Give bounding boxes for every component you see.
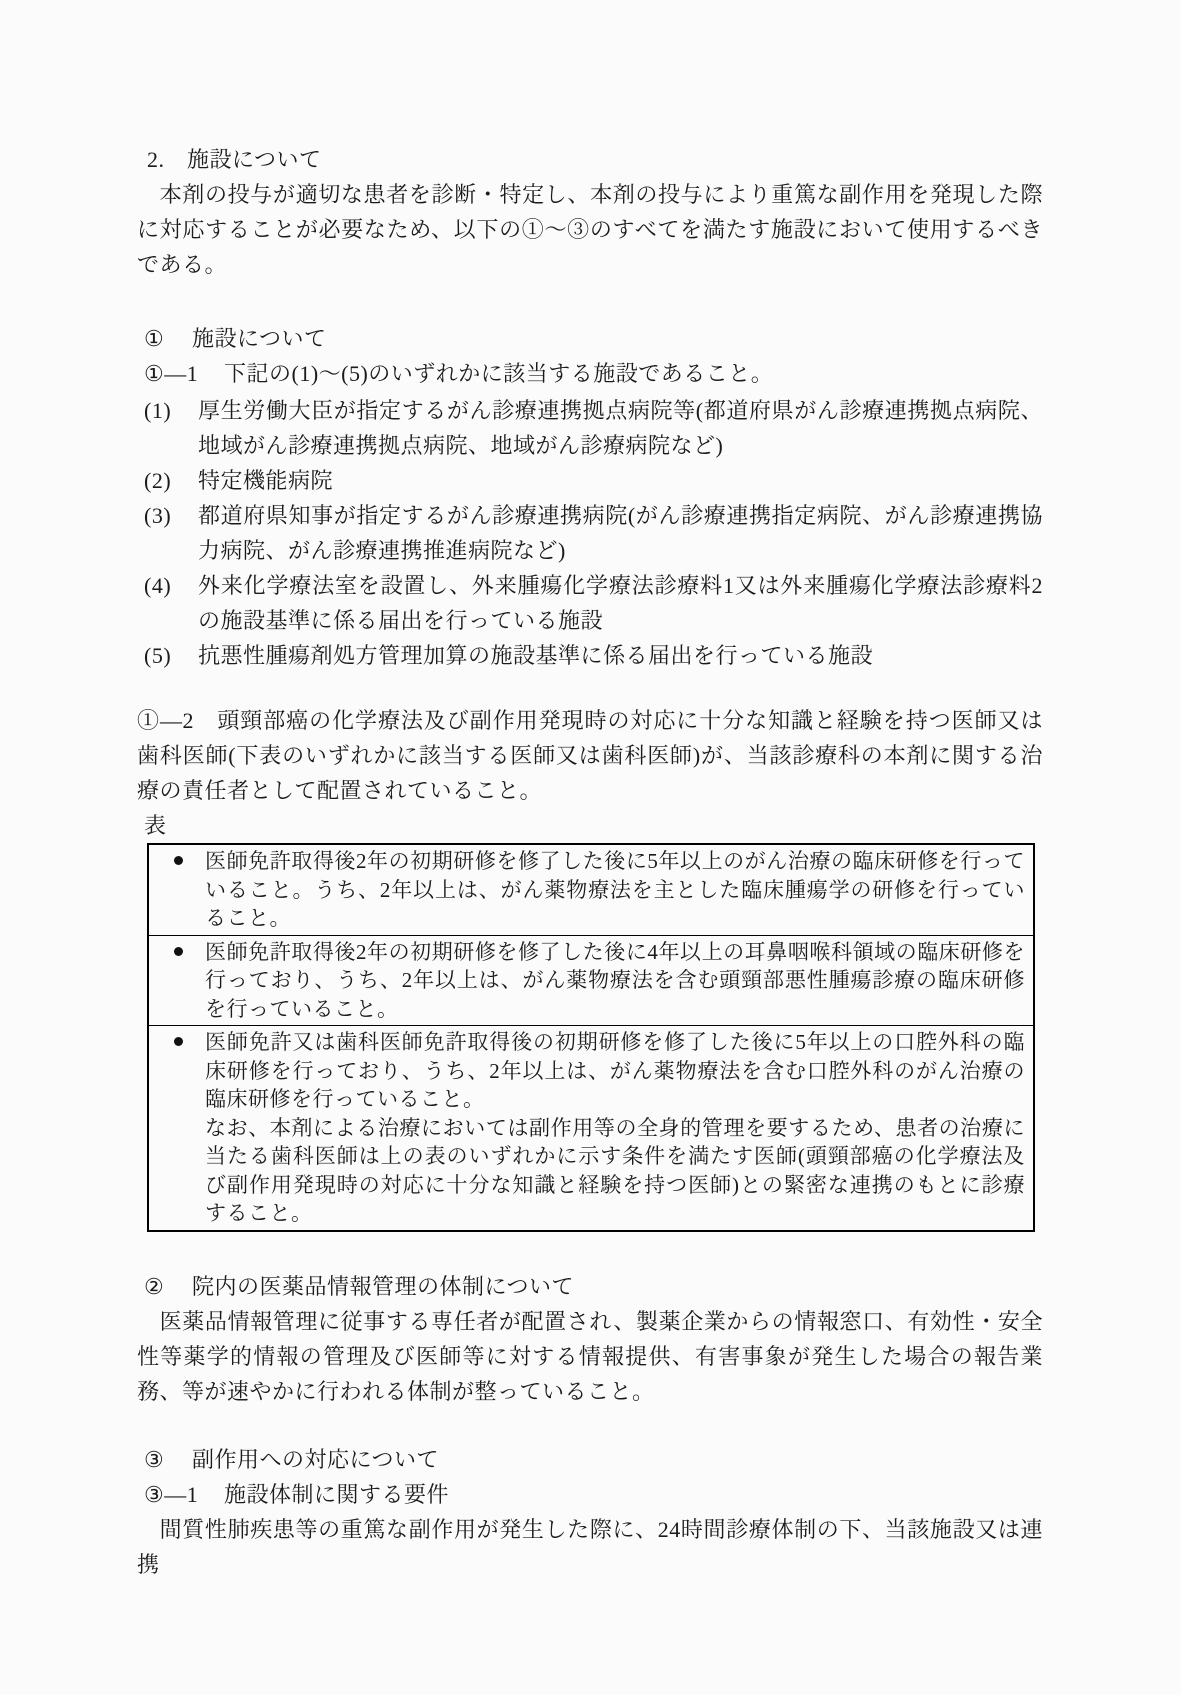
- table-cell: 医師免許取得後2年の初期研修を修了した後に4年以上の耳鼻咽喉科領域の臨床研修を行…: [205, 938, 1025, 1024]
- list-item: (1) 厚生労働大臣が指定するがん診療連携拠点病院等(都道府県がん診療連携拠点病…: [137, 393, 1043, 463]
- subheading-3-1: ③―1 施設体制に関する要件: [137, 1477, 1043, 1512]
- subheading-1-1: ①―1 下記の(1)～(5)のいずれかに該当する施設であること。: [137, 356, 1043, 391]
- subheading-3-1-text: 施設体制に関する要件: [224, 1477, 1043, 1512]
- facility-list: (1) 厚生労働大臣が指定するがん診療連携拠点病院等(都道府県がん診療連携拠点病…: [137, 393, 1043, 673]
- table-row: 医師免許取得後2年の初期研修を修了した後に4年以上の耳鼻咽喉科領域の臨床研修を行…: [149, 936, 1033, 1027]
- section-heading: 2. 施設について: [137, 142, 1043, 177]
- list-item-number: (4): [144, 568, 198, 638]
- subheading-1-2-paragraph: ①―2 頭頸部癌の化学療法及び副作用発現時の対応に十分な知識と経験を持つ医師又は…: [137, 703, 1043, 808]
- table-row: 医師免許又は歯科医師免許取得後の初期研修を修了した後に5年以上の口腔外科の臨床研…: [149, 1026, 1033, 1230]
- circled-number-3: ③: [144, 1442, 192, 1477]
- heading-item-2: ② 院内の医薬品情報管理の体制について: [137, 1269, 1043, 1304]
- subheading-1-1-marker: ①―1: [144, 356, 224, 391]
- list-item-text: 厚生労働大臣が指定するがん診療連携拠点病院等(都道府県がん診療連携拠点病院、地域…: [198, 393, 1043, 463]
- heading-item-3-label: 副作用への対応について: [192, 1442, 439, 1477]
- table-cell: 医師免許又は歯科医師免許取得後の初期研修を修了した後に5年以上の口腔外科の臨床研…: [205, 1028, 1025, 1228]
- document-page: 2. 施設について 本剤の投与が適切な患者を診断・特定し、本剤の投与により重篤な…: [0, 0, 1181, 1695]
- heading-item-1-label: 施設について: [192, 321, 327, 356]
- list-item-number: (1): [144, 393, 198, 463]
- table-label: 表: [137, 808, 1043, 843]
- list-item-number: (2): [144, 463, 198, 498]
- bullet-icon: [174, 947, 183, 956]
- list-item-text: 抗悪性腫瘍剤処方管理加算の施設基準に係る届出を行っている施設: [198, 638, 1043, 673]
- list-item: (2) 特定機能病院: [137, 463, 1043, 498]
- circled-number-2: ②: [144, 1269, 192, 1304]
- section-3-body: 間質性肺疾患等の重篤な副作用が発生した際に、24時間診療体制の下、当該施設又は連…: [137, 1512, 1043, 1582]
- list-item-text: 都道府県知事が指定するがん診療連携病院(がん診療連携指定病院、がん診療連携協力病…: [198, 498, 1043, 568]
- table-cell-text: 医師免許又は歯科医師免許取得後の初期研修を修了した後に5年以上の口腔外科の臨床研…: [205, 1028, 1025, 1114]
- list-item-text: 外来化学療法室を設置し、外来腫瘍化学療法診療料1又は外来腫瘍化学療法診療料2の施…: [198, 568, 1043, 638]
- circled-number-1: ①: [144, 321, 192, 356]
- table-cell: 医師免許取得後2年の初期研修を修了した後に5年以上のがん治療の臨床研修を行ってい…: [205, 847, 1025, 933]
- heading-item-3: ③ 副作用への対応について: [137, 1442, 1043, 1477]
- physician-requirements-table: 医師免許取得後2年の初期研修を修了した後に5年以上のがん治療の臨床研修を行ってい…: [147, 843, 1035, 1232]
- section-2-body: 医薬品情報管理に従事する専任者が配置され、製薬企業からの情報窓口、有効性・安全性…: [137, 1304, 1043, 1409]
- heading-item-1: ① 施設について: [137, 321, 1043, 356]
- bullet-icon: [174, 1037, 183, 1046]
- list-item-number: (5): [144, 638, 198, 673]
- list-item-number: (3): [144, 498, 198, 568]
- table-cell-text: なお、本剤による治療においては副作用等の全身的管理を要するため、患者の治療に当た…: [205, 1114, 1025, 1228]
- table-row: 医師免許取得後2年の初期研修を修了した後に5年以上のがん治療の臨床研修を行ってい…: [149, 845, 1033, 936]
- bullet-icon: [174, 856, 183, 865]
- list-item-text: 特定機能病院: [198, 463, 1043, 498]
- table-cell-text: 医師免許取得後2年の初期研修を修了した後に4年以上の耳鼻咽喉科領域の臨床研修を行…: [205, 938, 1025, 1024]
- list-item: (5) 抗悪性腫瘍剤処方管理加算の施設基準に係る届出を行っている施設: [137, 638, 1043, 673]
- subheading-1-1-text: 下記の(1)～(5)のいずれかに該当する施設であること。: [224, 356, 1043, 391]
- list-item: (3) 都道府県知事が指定するがん診療連携病院(がん診療連携指定病院、がん診療連…: [137, 498, 1043, 568]
- intro-paragraph: 本剤の投与が適切な患者を診断・特定し、本剤の投与により重篤な副作用を発現した際に…: [137, 177, 1043, 282]
- document-content: 2. 施設について 本剤の投与が適切な患者を診断・特定し、本剤の投与により重篤な…: [137, 142, 1043, 1582]
- list-item: (4) 外来化学療法室を設置し、外来腫瘍化学療法診療料1又は外来腫瘍化学療法診療…: [137, 568, 1043, 638]
- table-cell-text: 医師免許取得後2年の初期研修を修了した後に5年以上のがん治療の臨床研修を行ってい…: [205, 847, 1025, 933]
- subheading-3-1-marker: ③―1: [144, 1477, 224, 1512]
- heading-item-2-label: 院内の医薬品情報管理の体制について: [192, 1269, 574, 1304]
